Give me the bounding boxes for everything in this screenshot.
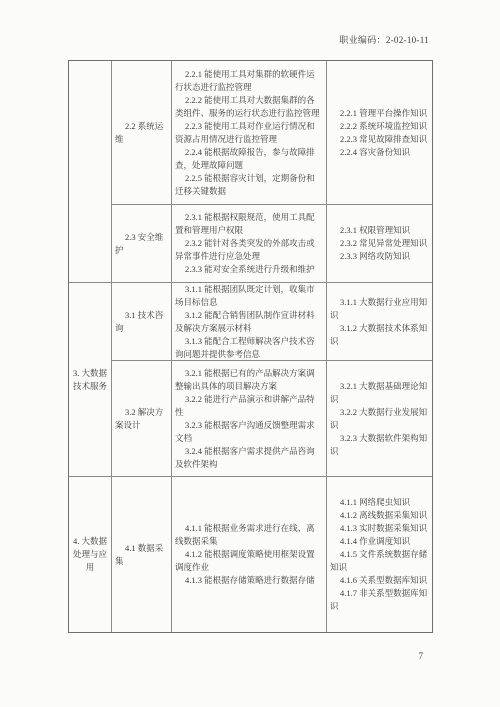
knowledge-cell: 3.2.1 大数据基础理论知识3.2.2 大数据行业发展知识3.2.3 大数据软… xyxy=(327,361,432,477)
table-text-line: 3.2.4 能根据客户需求提供产品咨询及软件架构 xyxy=(175,445,323,471)
section-cell-2 xyxy=(69,61,112,283)
table-text-line: 4.1.2 能根据调度策略使用框架设置调度作业 xyxy=(175,548,323,574)
subsection-name: 3.1 技术咨询 xyxy=(115,309,168,335)
table-text-line: 2.2.3 能使用工具对作业运行情况和资源占用情况进行监控管理 xyxy=(175,120,323,146)
subsection-name-cell: 4.1 数据采集 xyxy=(112,477,172,632)
table-text-line: 2.3.3 网络攻防知识 xyxy=(330,250,429,263)
section-title: 4. 大数据处理与应用 xyxy=(71,535,109,574)
skills-cell: 3.1.1 能根据团队既定计划，收集市场目标信息3.1.2 能配合销售团队制作宣… xyxy=(172,283,327,361)
skills-cell: 2.3.1 能根据权限规范，使用工具配置和管理用户权限2.3.2 能针对各类突发… xyxy=(172,205,327,283)
section-cell-3: 3. 大数据技术服务 xyxy=(69,283,112,477)
table-text-line: 2.3.1 权限管理知识 xyxy=(330,224,429,237)
table-text-line: 4.1.1 网络爬虫知识 xyxy=(330,496,429,509)
table-text-line: 2.2.5 能根据容灾计划，定期备份和迁移关键数据 xyxy=(175,172,323,198)
section-title: 3. 大数据技术服务 xyxy=(71,367,109,393)
subsection-name-cell: 2.2 系统运维 xyxy=(112,61,172,205)
table-text-line: 3.2.2 能进行产品演示和讲解产品特性 xyxy=(175,393,323,419)
table-text-line: 2.2.1 能使用工具对集群的软硬件运行状态进行监控管理 xyxy=(175,68,323,94)
section-cell-4: 4. 大数据处理与应用 xyxy=(69,477,112,632)
table-text-line: 3.1.1 能根据团队既定计划，收集市场目标信息 xyxy=(175,283,323,309)
subsection-name: 2.2 系统运维 xyxy=(115,120,168,146)
knowledge-cell: 2.3.1 权限管理知识2.3.2 常见异常处理知识2.3.3 网络攻防知识 xyxy=(327,205,432,283)
knowledge-cell: 4.1.1 网络爬虫知识4.1.2 离线数据采集知识4.1.3 实时数据采集知识… xyxy=(327,477,432,632)
table-text-line: 3.2.2 大数据行业发展知识 xyxy=(330,406,429,432)
table-text-line: 3.1.2 大数据技术体系知识 xyxy=(330,322,429,348)
table-text-line: 4.1.6 关系型数据库知识 xyxy=(330,574,429,587)
subsection-name-cell: 2.3 安全维护 xyxy=(112,205,172,283)
knowledge-cell: 2.2.1 管理平台操作知识2.2.2 系统环境监控知识2.2.3 常见故障排查… xyxy=(327,61,432,205)
table-text-line: 4.1.3 能根据存储策略进行数据存储 xyxy=(175,574,323,587)
table-text-line: 4.1.3 实时数据采集知识 xyxy=(330,522,429,535)
table-text-line: 4.1.4 作业调度知识 xyxy=(330,535,429,548)
table-text-line: 2.3.2 常见异常处理知识 xyxy=(330,237,429,250)
skills-knowledge-table: 3. 大数据技术服务 4. 大数据处理与应用 2.2 系统运维 2.2.1 能使… xyxy=(68,60,433,633)
table-text-line: 3.1.2 能配合销售团队制作宣讲材料及解决方案展示材料 xyxy=(175,309,323,335)
table-text-line: 2.2.4 能根据故障报告，参与故障排查，处理故障问题 xyxy=(175,146,323,172)
skills-cell: 3.2.1 能根据已有的产品解决方案调整输出具体的项目解决方案3.2.2 能进行… xyxy=(172,361,327,477)
page-number: 7 xyxy=(419,651,424,661)
knowledge-cell: 3.1.1 大数据行业应用知识3.1.2 大数据技术体系知识 xyxy=(327,283,432,361)
table-text-line: 2.2.1 管理平台操作知识 xyxy=(330,107,429,120)
table-text-line: 2.3.3 能对安全系统进行升级和维护 xyxy=(175,263,323,276)
table-text-line: 2.2.2 能使用工具对大数据集群的各类组件、服务的运行状态进行监控管理 xyxy=(175,94,323,120)
subsection-name-cell: 3.2 解决方案设计 xyxy=(112,361,172,477)
subsection-name: 4.1 数据采集 xyxy=(115,542,168,568)
skills-cell: 2.2.1 能使用工具对集群的软硬件运行状态进行监控管理2.2.2 能使用工具对… xyxy=(172,61,327,205)
skills-cell: 4.1.1 能根据业务需求进行在线、离线数据采集4.1.2 能根据调度策略使用框… xyxy=(172,477,327,632)
table-text-line: 4.1.5 文件系统数据存储知识 xyxy=(330,548,429,574)
table-text-line: 3.1.3 能配合工程师解决客户技术咨询问题并提供参考信息 xyxy=(175,335,323,361)
subsection-name-cell: 3.1 技术咨询 xyxy=(112,283,172,361)
table-text-line: 2.3.1 能根据权限规范，使用工具配置和管理用户权限 xyxy=(175,211,323,237)
table-text-line: 3.2.1 大数据基础理论知识 xyxy=(330,380,429,406)
table-text-line: 3.2.1 能根据已有的产品解决方案调整输出具体的项目解决方案 xyxy=(175,367,323,393)
table-text-line: 2.2.2 系统环境监控知识 xyxy=(330,120,429,133)
occupation-code: 职业编码：2-02-10-11 xyxy=(339,33,429,46)
subsection-name: 3.2 解决方案设计 xyxy=(115,406,168,432)
table-text-line: 3.2.3 能根据客户沟通反馈整理需求文档 xyxy=(175,419,323,445)
table-text-line: 2.3.2 能针对各类突发的外部攻击或异常事件进行应急处理 xyxy=(175,237,323,263)
subsection-name: 2.3 安全维护 xyxy=(115,231,168,257)
table-text-line: 3.1.1 大数据行业应用知识 xyxy=(330,296,429,322)
table-text-line: 4.1.7 非关系型数据库知识 xyxy=(330,587,429,613)
table-text-line: 4.1.1 能根据业务需求进行在线、离线数据采集 xyxy=(175,522,323,548)
table-text-line: 2.2.4 容灾备份知识 xyxy=(330,146,429,159)
document-page: 职业编码：2-02-10-11 3. 大数据技术服务 4. 大数据处理与应用 2… xyxy=(0,0,500,707)
table-text-line: 2.2.3 常见故障排查知识 xyxy=(330,133,429,146)
table-text-line: 4.1.2 离线数据采集知识 xyxy=(330,509,429,522)
table-text-line: 3.2.3 大数据软件架构知识 xyxy=(330,432,429,458)
